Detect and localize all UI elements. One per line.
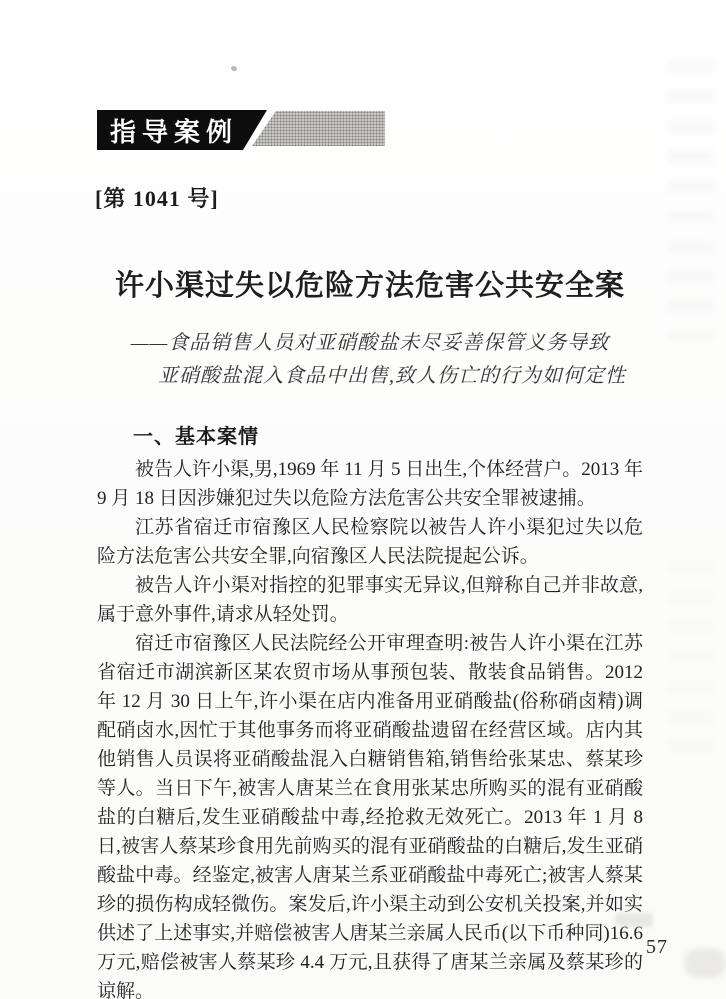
body-text-column: 被告人许小渠,男,1969 年 11 月 5 日出生,个体经营户。2013 年 …	[97, 455, 643, 999]
bleed-through-artifact	[668, 60, 714, 340]
scan-blob-artifact	[684, 948, 726, 978]
scanned-book-page: 指导案例 [第 1041 号] 许小渠过失以危险方法危害公共安全案 ——食品销售…	[0, 0, 726, 999]
case-title: 许小渠过失以危险方法危害公共安全案	[97, 263, 643, 304]
body-paragraph: 江苏省宿迁市宿豫区人民检察院以被告人许小渠犯过失以危险方法危害公共安全罪,向宿豫…	[97, 513, 643, 571]
case-number: [第 1041 号]	[95, 182, 219, 213]
case-subtitle-line1: ——食品销售人员对亚硝酸盐未尽妥善保管义务导致	[97, 326, 643, 355]
scan-smudge-artifact	[615, 913, 653, 927]
page-number: 57	[646, 936, 668, 959]
bleed-through-artifact	[668, 560, 714, 760]
section-banner: 指导案例	[97, 110, 267, 150]
section-heading: 一、基本案情	[133, 420, 259, 449]
body-paragraph: 被告人许小渠对指控的犯罪事实无异议,但辩称自己并非故意,属于意外事件,请求从轻处…	[97, 571, 643, 629]
scan-speck-artifact	[230, 65, 238, 73]
banner-label: 指导案例	[110, 112, 238, 149]
case-subtitle-line2: 亚硝酸盐混入食品中出售,致人伤亡的行为如何定性	[97, 359, 643, 388]
banner-halftone-bar	[252, 111, 385, 146]
body-paragraph: 宿迁市宿豫区人民法院经公开审理查明:被告人许小渠在江苏省宿迁市湖滨新区某农贸市场…	[97, 629, 643, 999]
body-paragraph: 被告人许小渠,男,1969 年 11 月 5 日出生,个体经营户。2013 年 …	[97, 455, 643, 513]
